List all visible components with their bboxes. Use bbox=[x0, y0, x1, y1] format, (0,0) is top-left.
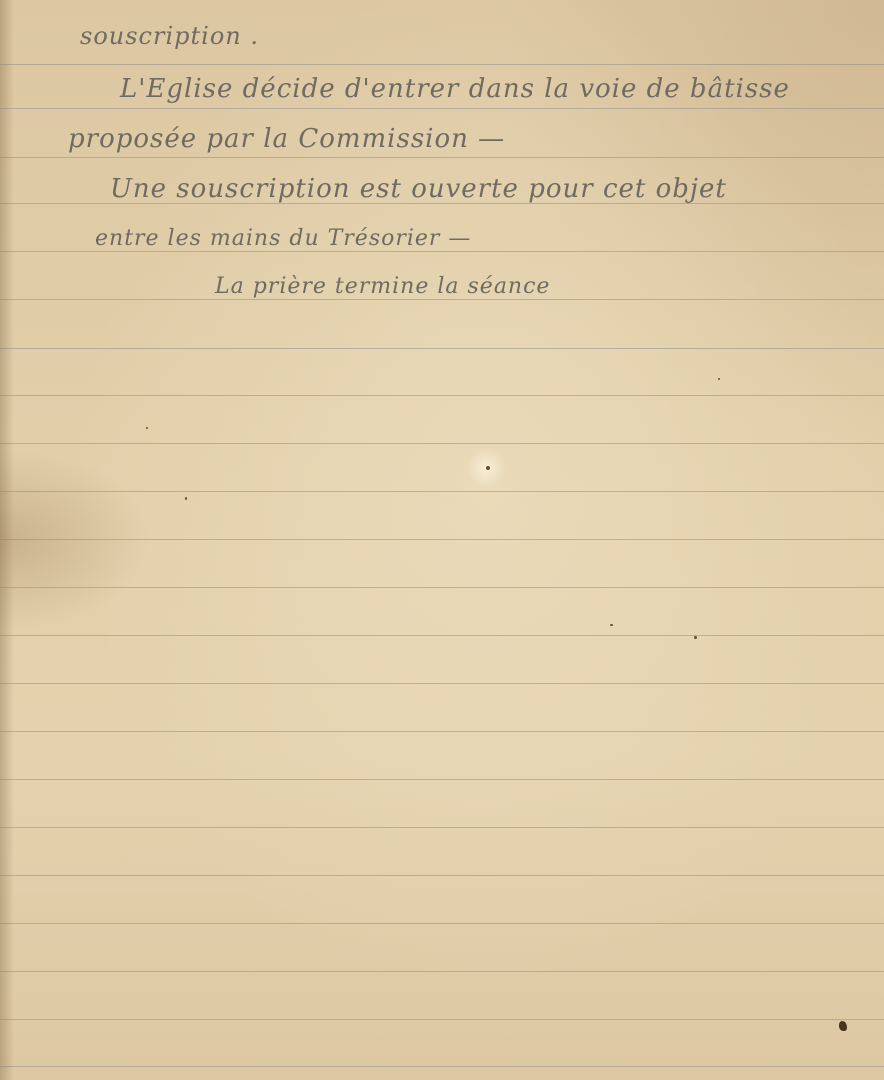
ruling-line bbox=[0, 443, 884, 444]
ruling-line bbox=[0, 395, 884, 396]
paper-speck bbox=[486, 466, 490, 470]
handwritten-line-2: L'Eglise décide d'entrer dans la voie de… bbox=[120, 74, 790, 104]
ruling-line bbox=[0, 539, 884, 540]
paper-speck bbox=[694, 636, 697, 639]
handwritten-line-5: entre les mains du Trésorier — bbox=[95, 226, 471, 251]
ruling-line bbox=[0, 923, 884, 924]
ruling-line bbox=[0, 299, 884, 300]
ruling-line bbox=[0, 875, 884, 876]
ruling-line bbox=[0, 635, 884, 636]
paper-speck bbox=[610, 624, 613, 626]
ruling-line bbox=[0, 157, 884, 158]
paper-speck bbox=[146, 427, 148, 429]
ruling-line bbox=[0, 827, 884, 828]
handwritten-line-6: La prière termine la séance bbox=[215, 274, 550, 299]
ruling-line bbox=[0, 731, 884, 732]
handwritten-line-1: souscription . bbox=[80, 22, 259, 50]
ink-blot bbox=[839, 1021, 847, 1031]
ruling-line bbox=[0, 491, 884, 492]
ruling-line bbox=[0, 348, 884, 349]
ruling-line bbox=[0, 1066, 884, 1067]
handwritten-line-3: proposée par la Commission — bbox=[68, 124, 505, 154]
ruling-line bbox=[0, 1019, 884, 1020]
ruling-line bbox=[0, 108, 884, 109]
ruling-line bbox=[0, 971, 884, 972]
ruling-line bbox=[0, 587, 884, 588]
ruling-line bbox=[0, 251, 884, 252]
paper-speck bbox=[718, 378, 720, 380]
ruling-line bbox=[0, 64, 884, 65]
handwritten-line-4: Une souscription est ouverte pour cet ob… bbox=[110, 174, 727, 204]
manuscript-page: souscription . L'Eglise décide d'entrer … bbox=[0, 0, 884, 1080]
ruling-line bbox=[0, 683, 884, 684]
ruling-line bbox=[0, 779, 884, 780]
paper-speck bbox=[185, 497, 187, 500]
